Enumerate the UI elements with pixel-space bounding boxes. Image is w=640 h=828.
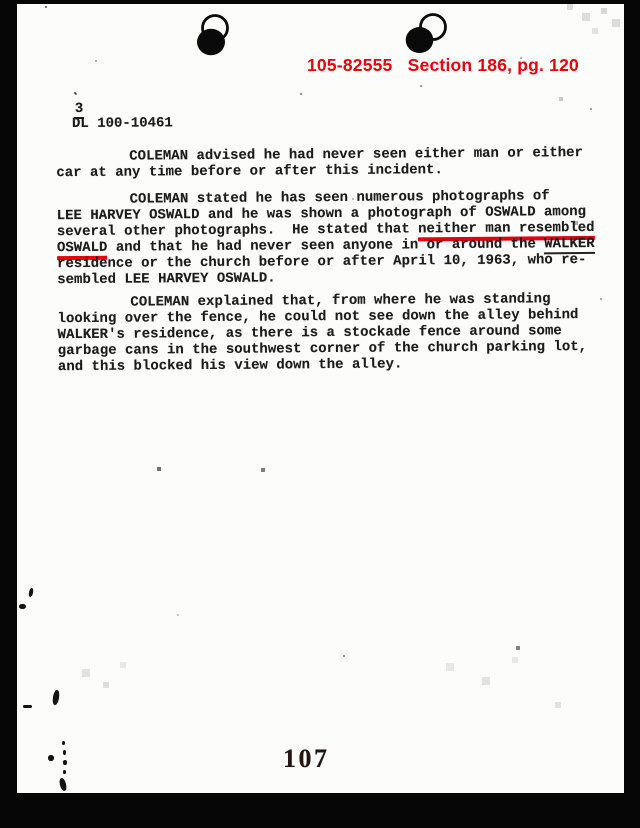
- ink-smudge: [48, 755, 54, 761]
- para3-line5: and this blocked his view down the alley…: [58, 356, 403, 375]
- file-number: DL 100-10461: [72, 115, 173, 132]
- para2-line6: sembled LEE HARVEY OSWALD.: [57, 270, 276, 288]
- para1-line2: car at any time before or after this inc…: [56, 162, 443, 181]
- para2-line5: residence or the church before or after …: [57, 252, 586, 272]
- ink-smudge: [63, 760, 67, 765]
- typed-text-block: 3 DL 100-10461 COLEMAN advised he had ne…: [17, 4, 624, 793]
- ink-smudge: [63, 770, 66, 774]
- ink-smudge: [63, 750, 66, 755]
- ink-smudge: [19, 604, 26, 609]
- para1-line1: COLEMAN advised he had never seen either…: [129, 145, 583, 165]
- page-number-top: 3: [74, 101, 85, 117]
- scanned-document: 105-82555 Section 186, pg. 120 3 DL 100-…: [0, 0, 640, 828]
- ink-smudge: [62, 741, 65, 745]
- document-page: 105-82555 Section 186, pg. 120 3 DL 100-…: [17, 4, 624, 793]
- ink-smudge: [23, 705, 32, 708]
- page-number-bottom: 107: [283, 745, 330, 772]
- scan-noise-specks: [17, 4, 19, 6]
